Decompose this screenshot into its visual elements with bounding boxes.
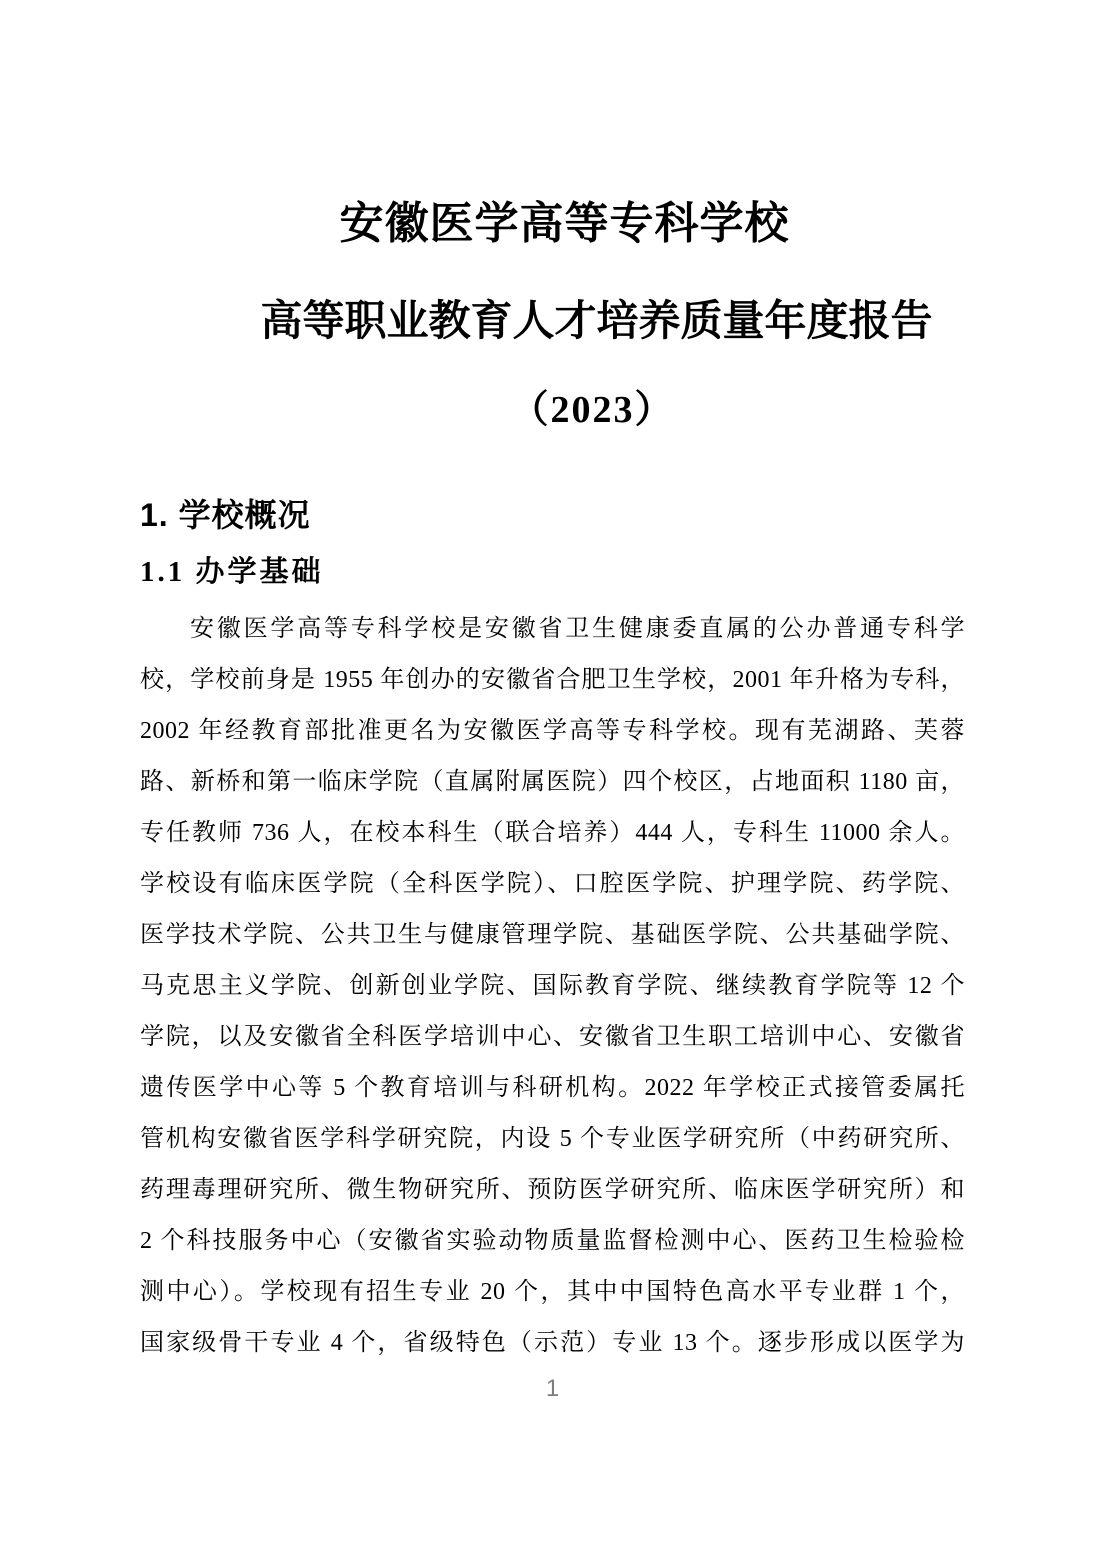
- report-title-year: （2023）: [180, 384, 1005, 436]
- paragraph-line: 2 个科技服务中心（安徽省实验动物质量监督检测中心、医药卫生检验检: [140, 1216, 965, 1267]
- page-number: 1: [140, 1373, 965, 1405]
- paragraph-line: 学校设有临床医学院（全科医学院）、口腔医学院、护理学院、药学院、: [140, 859, 965, 910]
- paragraph-line: 专任教师 736 人，在校本科生（联合培养）444 人，专科生 11000 余人…: [140, 808, 965, 859]
- paragraph-line: 安徽医学高等专科学校是安徽省卫生健康委直属的公办普通专科学: [140, 604, 965, 655]
- body-paragraph: 安徽医学高等专科学校是安徽省卫生健康委直属的公办普通专科学校，学校前身是 195…: [140, 604, 965, 1369]
- paragraph-line: 2002 年经教育部批准更名为安徽医学高等专科学校。现有芜湖路、芙蓉: [140, 706, 965, 757]
- paragraph-line: 马克思主义学院、创新创业学院、国际教育学院、继续教育学院等 12 个: [140, 961, 965, 1012]
- report-title-line2: 高等职业教育人才培养质量年度报告: [184, 294, 1009, 350]
- paragraph-line: 遗传医学中心等 5 个教育培训与科研机构。2022 年学校正式接管委属托: [140, 1063, 965, 1114]
- paragraph-line: 校，学校前身是 1955 年创办的安徽省合肥卫生学校，2001 年升格为专科，: [140, 655, 965, 706]
- paragraph-line: 药理毒理研究所、微生物研究所、预防医学研究所、临床医学研究所）和: [140, 1165, 965, 1216]
- paragraph-line: 路、新桥和第一临床学院（直属附属医院）四个校区，占地面积 1180 亩，: [140, 757, 965, 808]
- report-title-line1: 安徽医学高等专科学校: [152, 196, 977, 252]
- paragraph-line: 学院，以及安徽省全科医学培训中心、安徽省卫生职工培训中心、安徽省: [140, 1012, 965, 1063]
- paragraph-line: 国家级骨干专业 4 个，省级特色（示范）专业 13 个。逐步形成以医学为: [140, 1318, 965, 1369]
- paragraph-line: 管机构安徽省医学科学研究院，内设 5 个专业医学研究所（中药研究所、: [140, 1114, 965, 1165]
- paragraph-line: 测中心）。学校现有招生专业 20 个，其中中国特色高水平专业群 1 个，: [140, 1267, 965, 1318]
- document-page: 安徽医学高等专科学校 高等职业教育人才培养质量年度报告 （2023） 1. 学校…: [0, 0, 1102, 1559]
- paragraph-line: 医学技术学院、公共卫生与健康管理学院、基础医学院、公共基础学院、: [140, 910, 965, 961]
- section-1-heading: 1. 学校概况: [140, 494, 965, 536]
- section-1-1-heading: 1.1 办学基础: [140, 552, 965, 592]
